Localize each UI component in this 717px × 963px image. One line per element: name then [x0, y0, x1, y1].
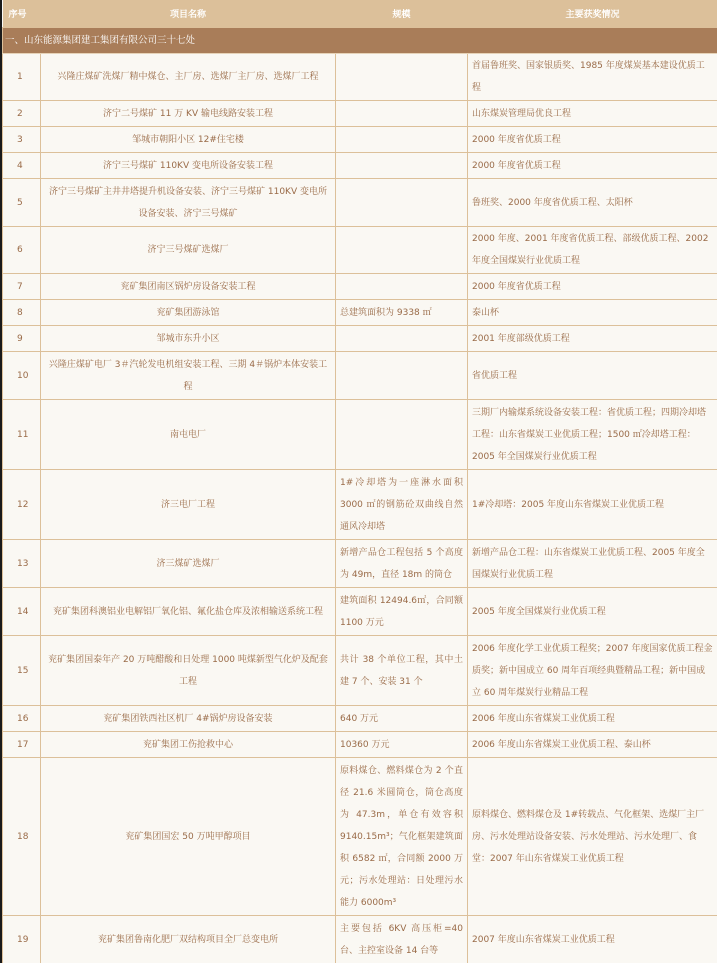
project-awards: 山东煤炭管理局优良工程 [468, 101, 717, 127]
header-project-name: 项目名称 [41, 0, 336, 28]
project-awards: 2006 年度山东省煤炭工业优质工程、泰山杯 [468, 732, 717, 758]
project-name: 兖矿集团游泳馆 [41, 300, 336, 326]
project-scale [336, 101, 468, 127]
project-awards: 泰山杯 [468, 300, 717, 326]
row-number: 8 [3, 300, 41, 326]
project-name: 济宁三号煤矿主井井塔提升机设备安装、济宁三号煤矿 110KV 变电所设备安装、济… [41, 179, 336, 227]
row-number: 9 [3, 326, 41, 352]
project-scale [336, 227, 468, 274]
project-awards: 原料煤仓、燃料煤仓及 1#转载点、气化框架、选煤厂主厂房、污水处理站设备安装、污… [468, 758, 717, 916]
table-row: 15兖矿集团国泰年产 20 万吨醋酸和日处理 1000 吨煤新型气化炉及配套工程… [3, 636, 717, 706]
awards-table-container: 序号 项目名称 规模 主要获奖情况 一、山东能源集团建工集团有限公司三十七处 1… [0, 0, 717, 963]
project-awards: 2005 年度全国煤炭行业优质工程 [468, 588, 717, 636]
project-scale [336, 400, 468, 470]
row-number: 15 [3, 636, 41, 706]
project-name: 邹城市东升小区 [41, 326, 336, 352]
project-scale [336, 153, 468, 179]
project-name: 兴隆庄煤矿电厂 3＃汽轮发电机组安装工程、三期 4＃锅炉本体安装工程 [41, 352, 336, 400]
project-name: 济三煤矿选煤厂 [41, 540, 336, 588]
table-row: 13济三煤矿选煤厂新增产品仓工程包括 5 个高度为 49m，直径 18m 的筒仓… [3, 540, 717, 588]
project-scale [336, 54, 468, 101]
project-awards: 2000 年度、2001 年度省优质工程、部级优质工程、2002 年度全国煤炭行… [468, 227, 717, 274]
table-row: 19兖矿集团鲁南化肥厂双结构项目全厂总变电所主要包括 6KV 高压柜=40 台、… [3, 916, 717, 963]
row-number: 12 [3, 470, 41, 540]
row-number: 14 [3, 588, 41, 636]
project-awards: 1#冷却塔：2005 年度山东省煤炭工业优质工程 [468, 470, 717, 540]
row-number: 2 [3, 101, 41, 127]
row-number: 19 [3, 916, 41, 963]
project-scale: 总建筑面积为 9338 ㎡ [336, 300, 468, 326]
table-row: 10兴隆庄煤矿电厂 3＃汽轮发电机组安装工程、三期 4＃锅炉本体安装工程省优质工… [3, 352, 717, 400]
project-name: 兖矿集团南区锅炉房设备安装工程 [41, 274, 336, 300]
table-row: 12济三电厂工程1#冷却塔为一座淋水面积 3000 ㎡的钢筋砼双曲线自然通风冷却… [3, 470, 717, 540]
table-header-row: 序号 项目名称 规模 主要获奖情况 [3, 0, 717, 28]
table-row: 4济宁三号煤矿 110KV 变电所设备安装工程2000 年度省优质工程 [3, 153, 717, 179]
table-row: 11南屯电厂三期厂内输煤系统设备安装工程：省优质工程；四期冷却塔工程：山东省煤炭… [3, 400, 717, 470]
project-scale: 主要包括 6KV 高压柜=40 台、主控室设备 14 台等 [336, 916, 468, 963]
row-number: 1 [3, 54, 41, 101]
project-name: 济宁三号煤矿 110KV 变电所设备安装工程 [41, 153, 336, 179]
project-scale [336, 274, 468, 300]
row-number: 6 [3, 227, 41, 274]
row-number: 7 [3, 274, 41, 300]
project-scale [336, 179, 468, 227]
row-number: 10 [3, 352, 41, 400]
project-scale: 建筑面积 12494.6㎡，合同额 1100 万元 [336, 588, 468, 636]
row-number: 5 [3, 179, 41, 227]
row-number: 3 [3, 127, 41, 153]
table-row: 2济宁二号煤矿 11 万 KV 输电线路安装工程山东煤炭管理局优良工程 [3, 101, 717, 127]
project-scale [336, 127, 468, 153]
header-no: 序号 [3, 0, 41, 28]
project-awards: 2000 年度省优质工程 [468, 127, 717, 153]
row-number: 4 [3, 153, 41, 179]
project-awards: 省优质工程 [468, 352, 717, 400]
project-awards: 鲁班奖、2000 年度省优质工程、太阳杯 [468, 179, 717, 227]
project-awards: 2001 年度部级优质工程 [468, 326, 717, 352]
project-scale: 原料煤仓、燃料煤仓为 2 个直径 21.6 米圆筒仓，筒仓高度为 47.3m，单… [336, 758, 468, 916]
project-scale: 1#冷却塔为一座淋水面积 3000 ㎡的钢筋砼双曲线自然通风冷却塔 [336, 470, 468, 540]
project-name: 兖矿集团铁西社区机厂 4#锅炉房设备安装 [41, 706, 336, 732]
project-name: 兖矿集团国宏 50 万吨甲醇项目 [41, 758, 336, 916]
project-name: 邹城市朝阳小区 12#住宅楼 [41, 127, 336, 153]
table-row: 17兖矿集团工伤抢救中心10360 万元2006 年度山东省煤炭工业优质工程、泰… [3, 732, 717, 758]
project-name: 济宁三号煤矿选煤厂 [41, 227, 336, 274]
header-awards: 主要获奖情况 [468, 0, 717, 28]
table-row: 9邹城市东升小区2001 年度部级优质工程 [3, 326, 717, 352]
project-name: 济三电厂工程 [41, 470, 336, 540]
table-row: 7兖矿集团南区锅炉房设备安装工程2000 年度省优质工程 [3, 274, 717, 300]
project-awards: 2006 年度化学工业优质工程奖；2007 年度国家优质工程金质奖；新中国成立 … [468, 636, 717, 706]
project-scale: 共计 38 个单位工程，其中土建 7 个、安装 31 个 [336, 636, 468, 706]
project-scale [336, 352, 468, 400]
row-number: 18 [3, 758, 41, 916]
project-awards: 三期厂内输煤系统设备安装工程：省优质工程；四期冷却塔工程：山东省煤炭工业优质工程… [468, 400, 717, 470]
table-row: 16兖矿集团铁西社区机厂 4#锅炉房设备安装640 万元2006 年度山东省煤炭… [3, 706, 717, 732]
project-awards: 2000 年度省优质工程 [468, 153, 717, 179]
row-number: 13 [3, 540, 41, 588]
project-awards: 新增产品仓工程：山东省煤炭工业优质工程、2005 年度全国煤炭行业优质工程 [468, 540, 717, 588]
project-awards: 首届鲁班奖、国家银质奖、1985 年度煤炭基本建设优质工程 [468, 54, 717, 101]
table-row: 14兖矿集团科澳铝业电解铝厂氧化铝、氟化盐仓库及浓相输送系统工程建筑面积 124… [3, 588, 717, 636]
project-awards: 2007 年度山东省煤炭工业优质工程 [468, 916, 717, 963]
row-number: 17 [3, 732, 41, 758]
project-name: 南屯电厂 [41, 400, 336, 470]
section-row: 一、山东能源集团建工集团有限公司三十七处 [3, 28, 717, 54]
section-title: 一、山东能源集团建工集团有限公司三十七处 [3, 28, 717, 54]
table-row: 8兖矿集团游泳馆总建筑面积为 9338 ㎡泰山杯 [3, 300, 717, 326]
project-scale: 新增产品仓工程包括 5 个高度为 49m，直径 18m 的筒仓 [336, 540, 468, 588]
project-awards: 2000 年度省优质工程 [468, 274, 717, 300]
table-row: 5济宁三号煤矿主井井塔提升机设备安装、济宁三号煤矿 110KV 变电所设备安装、… [3, 179, 717, 227]
project-name: 兖矿集团国泰年产 20 万吨醋酸和日处理 1000 吨煤新型气化炉及配套工程 [41, 636, 336, 706]
project-awards: 2006 年度山东省煤炭工业优质工程 [468, 706, 717, 732]
table-row: 18兖矿集团国宏 50 万吨甲醇项目原料煤仓、燃料煤仓为 2 个直径 21.6 … [3, 758, 717, 916]
row-number: 11 [3, 400, 41, 470]
header-scale: 规模 [336, 0, 468, 28]
table-row: 3邹城市朝阳小区 12#住宅楼2000 年度省优质工程 [3, 127, 717, 153]
project-scale: 640 万元 [336, 706, 468, 732]
project-name: 兖矿集团工伤抢救中心 [41, 732, 336, 758]
project-name: 兖矿集团鲁南化肥厂双结构项目全厂总变电所 [41, 916, 336, 963]
project-scale: 10360 万元 [336, 732, 468, 758]
project-name: 兴隆庄煤矿洗煤厂精中煤仓、主厂房、选煤厂主厂房、选煤厂工程 [41, 54, 336, 101]
table-row: 6济宁三号煤矿选煤厂2000 年度、2001 年度省优质工程、部级优质工程、20… [3, 227, 717, 274]
row-number: 16 [3, 706, 41, 732]
project-name: 兖矿集团科澳铝业电解铝厂氧化铝、氟化盐仓库及浓相输送系统工程 [41, 588, 336, 636]
awards-table: 序号 项目名称 规模 主要获奖情况 一、山东能源集团建工集团有限公司三十七处 1… [2, 0, 717, 963]
project-scale [336, 326, 468, 352]
project-name: 济宁二号煤矿 11 万 KV 输电线路安装工程 [41, 101, 336, 127]
table-row: 1兴隆庄煤矿洗煤厂精中煤仓、主厂房、选煤厂主厂房、选煤厂工程首届鲁班奖、国家银质… [3, 54, 717, 101]
